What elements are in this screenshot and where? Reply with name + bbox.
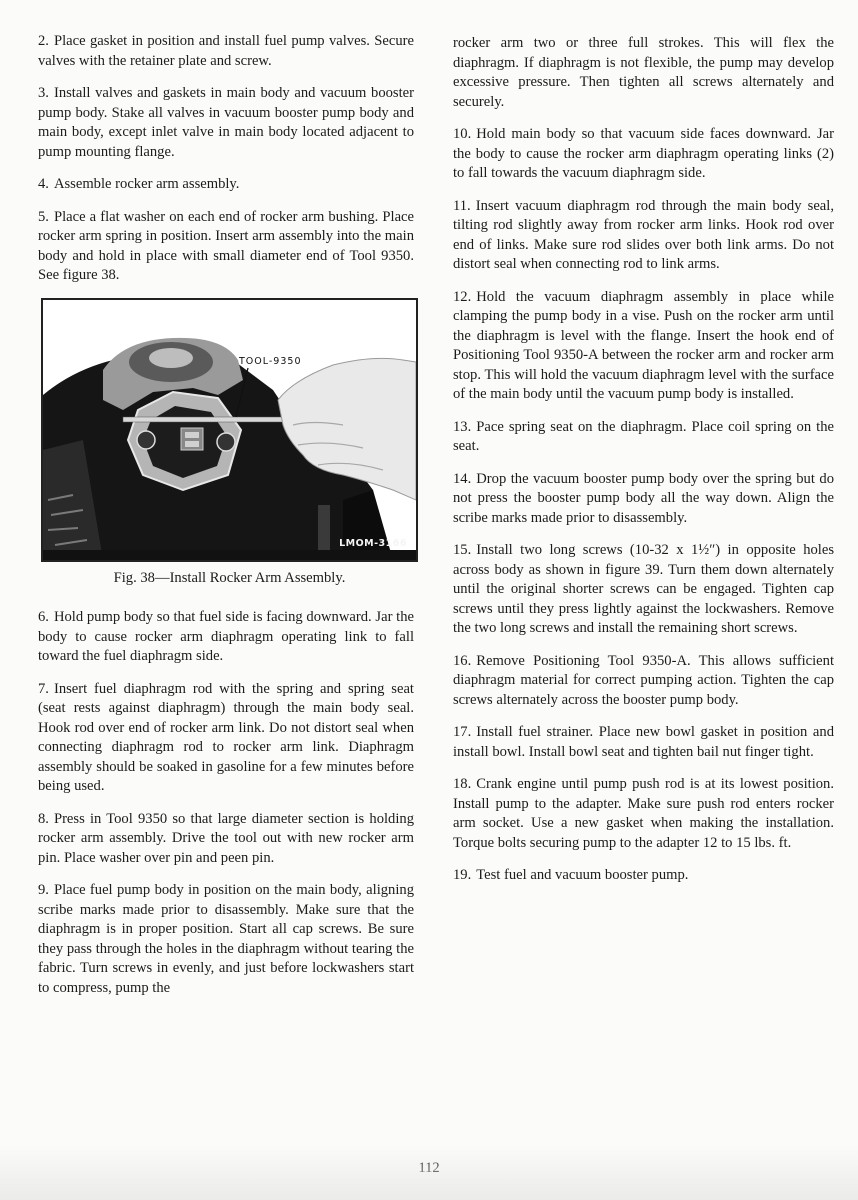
step-9-continuation: rocker arm two or three full strokes. Th… — [453, 34, 834, 112]
step-text: Hold pump body so that fuel side is faci… — [38, 609, 414, 664]
step-number: 3. — [38, 85, 49, 101]
step-number: 6. — [38, 609, 49, 625]
step-text: Drop the vacuum booster pump body over t… — [453, 471, 834, 526]
step-7: 7.Insert fuel diaphragm rod with the spr… — [38, 680, 414, 797]
manual-page: 2.Place gasket in position and install f… — [0, 0, 858, 1200]
step-text: Pace spring seat on the diaphragm. Place… — [453, 419, 834, 455]
fuel-pump-photo-illustration — [43, 300, 416, 560]
step-number: 10. — [453, 126, 471, 142]
figure-caption: Fig. 38—Install Rocker Arm Assembly. — [41, 569, 418, 589]
step-number: 7. — [38, 681, 49, 697]
figure-photo: TOOL-9350 LMOM-3166 — [41, 298, 418, 562]
step-number: 12. — [453, 289, 471, 305]
step-14: 14.Drop the vacuum booster pump body ove… — [453, 470, 834, 529]
step-text: Insert vacuum diaphragm rod through the … — [453, 198, 834, 273]
step-text: Install valves and gaskets in main body … — [38, 85, 414, 160]
step-text: Assemble rocker arm assembly. — [54, 176, 239, 192]
step-text: Install fuel strainer. Place new bowl ga… — [453, 724, 834, 760]
step-number: 5. — [38, 209, 49, 225]
left-column: 2.Place gasket in position and install f… — [38, 32, 414, 1011]
step-number: 14. — [453, 471, 471, 487]
step-number: 4. — [38, 176, 49, 192]
step-number: 15. — [453, 542, 471, 558]
scan-shading — [0, 1145, 858, 1200]
step-18: 18.Crank engine until pump push rod is a… — [453, 775, 834, 853]
step-2: 2.Place gasket in position and install f… — [38, 32, 414, 71]
step-number: 16. — [453, 653, 471, 669]
step-number: 19. — [453, 867, 471, 883]
step-number: 11. — [453, 198, 471, 214]
step-13: 13.Pace spring seat on the diaphragm. Pl… — [453, 418, 834, 457]
step-19: 19.Test fuel and vacuum booster pump. — [453, 866, 834, 886]
step-text: Hold the vacuum diaphragm assembly in pl… — [453, 289, 834, 403]
step-text: Insert fuel diaphragm rod with the sprin… — [38, 681, 414, 795]
step-text: Install two long screws (10-32 x 1½″) in… — [453, 542, 834, 636]
step-text: Place gasket in position and install fue… — [38, 33, 414, 69]
step-15: 15.Install two long screws (10-32 x 1½″)… — [453, 541, 834, 639]
step-12: 12.Hold the vacuum diaphragm assembly in… — [453, 288, 834, 405]
step-8: 8.Press in Tool 9350 so that large diame… — [38, 810, 414, 869]
step-text: Press in Tool 9350 so that large diamete… — [38, 811, 414, 866]
step-5: 5.Place a flat washer on each end of roc… — [38, 208, 414, 286]
step-text: Remove Positioning Tool 9350-A. This all… — [453, 653, 834, 708]
step-number: 8. — [38, 811, 49, 827]
step-11: 11.Insert vacuum diaphragm rod through t… — [453, 197, 834, 275]
step-17: 17.Install fuel strainer. Place new bowl… — [453, 723, 834, 762]
step-text: Place a flat washer on each end of rocke… — [38, 209, 414, 284]
step-text: Crank engine until pump push rod is at i… — [453, 776, 834, 851]
step-text: Place fuel pump body in position on the … — [38, 882, 414, 996]
tool-callout-label: TOOL-9350 — [239, 352, 302, 372]
step-6: 6.Hold pump body so that fuel side is fa… — [38, 608, 414, 667]
step-text: Test fuel and vacuum booster pump. — [476, 867, 688, 883]
step-text: Hold main body so that vacuum side faces… — [453, 126, 834, 181]
step-10: 10.Hold main body so that vacuum side fa… — [453, 125, 834, 184]
step-number: 9. — [38, 882, 49, 898]
figure-38: TOOL-9350 LMOM-3166 Fig. 38—Install Rock… — [41, 298, 418, 589]
step-number: 2. — [38, 33, 49, 49]
step-4: 4.Assemble rocker arm assembly. — [38, 175, 414, 195]
step-16: 16.Remove Positioning Tool 9350-A. This … — [453, 652, 834, 711]
step-3: 3.Install valves and gaskets in main bod… — [38, 84, 414, 162]
figure-code-label: LMOM-3166 — [339, 534, 407, 554]
step-number: 13. — [453, 419, 471, 435]
step-number: 18. — [453, 776, 471, 792]
right-column: rocker arm two or three full strokes. Th… — [453, 34, 834, 899]
step-9: 9.Place fuel pump body in position on th… — [38, 881, 414, 998]
step-number: 17. — [453, 724, 471, 740]
